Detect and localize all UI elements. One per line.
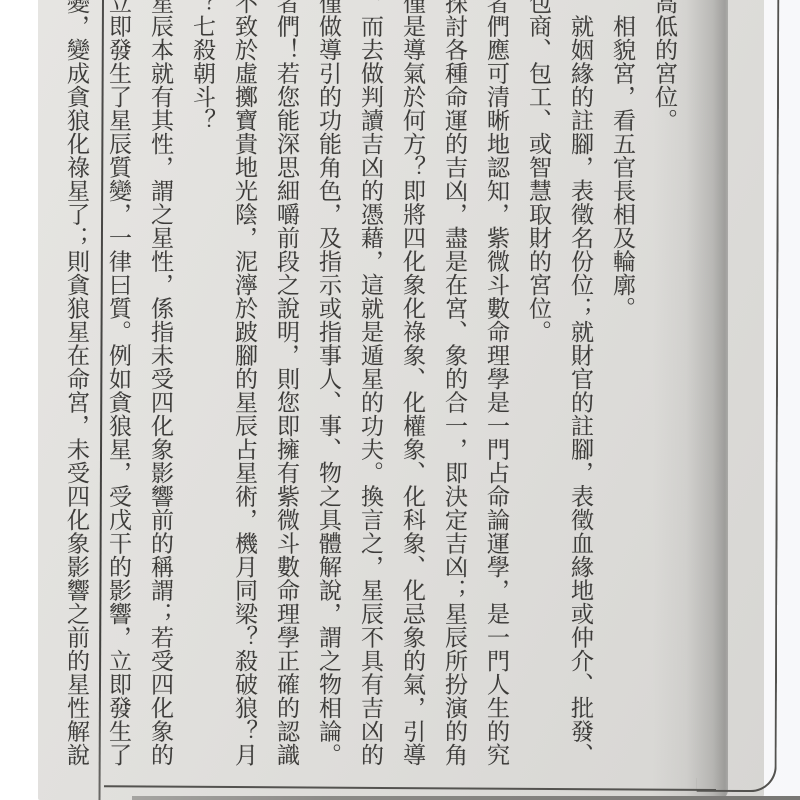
book-page: 高低的宮位。 、相貌宮，看五官長相及輪廓。 、就姻緣的註腳，表徵名份位；就財官的… (38, 0, 764, 800)
page-bottom-rule (104, 785, 716, 791)
text-column-13: 星辰本就有其性，謂之星性，係指未受四化象影響前的稱謂；若受四化象的 (139, 0, 181, 771)
text-column-2: 、相貌宮，看五官長相及輪廓。 (601, 0, 643, 771)
text-column-15: 變，變成貪狼化祿星了；則貪狼星在命宮，未受四化象影響之前的星性解說 (55, 0, 97, 771)
text-column-12: ？七殺朝斗？ (181, 0, 223, 771)
text-column-11: 不致於虛擲寶貴地光陰，泥濘於跛腳的星辰占星術，機月同梁？殺破狼？月 (223, 0, 265, 771)
text-column-8: ，而去做判讀吉凶的憑藉，這就是遁星的功夫。換言之，星辰不具有吉凶的 (349, 0, 391, 771)
text-column-6: 探討各種命運的吉凶，盡是在宮、象的合一，即決定吉凶；星辰所扮演的角 (433, 0, 475, 771)
vertical-text-block: 高低的宮位。 、相貌宮，看五官長相及輪廓。 、就姻緣的註腳，表徵名份位；就財官的… (55, 0, 685, 773)
text-column-1: 高低的宮位。 (643, 0, 685, 771)
photo-backdrop: 高低的宮位。 、相貌宮，看五官長相及輪廓。 、就姻緣的註腳，表徵名份位；就財官的… (0, 0, 800, 800)
text-column-9: 僅做導引的功能角色，及指示或指事人、事、物之具體解說，謂之物相論。 (307, 0, 349, 771)
text-column-4: 包商、包工、或智慧取財的宮位。 (517, 0, 559, 771)
book-bottom-edge (132, 796, 800, 800)
text-column-3: 、就姻緣的註腳，表徵名份位；就財官的註腳，表徵血緣地或仲介、批發、 (559, 0, 601, 771)
text-column-10: 者們！若您能深思細嚼前段之說明，則您即擁有紫微斗數命理學正確的認識 (265, 0, 307, 771)
text-column-7: 僅是導氣於何方？即將四化象化祿象、化權象、化科象、化忌象的氣，引導 (391, 0, 433, 771)
text-column-5: 者們應可清晰地認知，紫微斗數命理學是一門占命論運學，是一門人生的究 (475, 0, 517, 771)
text-column-14: 立即發生了星辰質變，一律曰質。例如貪狼星，受戊干的影響，立即發生了 (97, 0, 139, 771)
page-right-rule (697, 0, 780, 792)
